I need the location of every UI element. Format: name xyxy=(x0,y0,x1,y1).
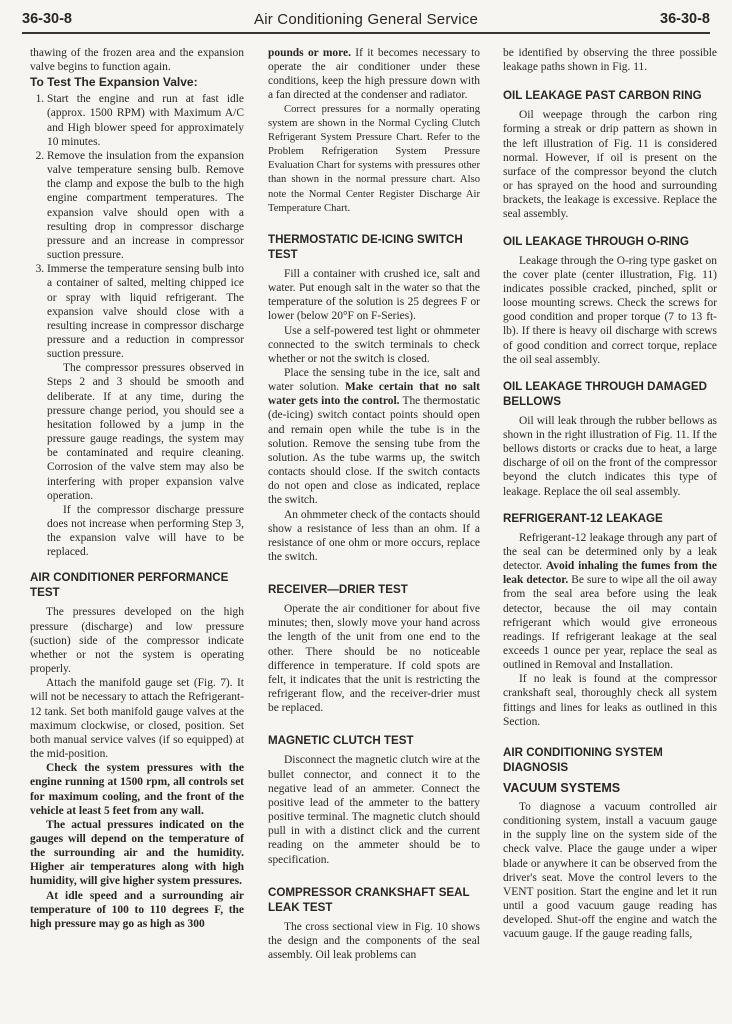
section-heading: OIL LEAKAGE PAST CARBON RING xyxy=(503,88,717,103)
column-3: be identified by observing the three pos… xyxy=(503,46,717,942)
paragraph: Oil will leak through the rubber bellows… xyxy=(503,414,717,499)
paragraph: An ohmmeter check of the contacts should… xyxy=(268,508,480,565)
text: Be sure to wipe all the oil away from th… xyxy=(503,574,717,671)
step-list: Start the engine and run at fast idle (a… xyxy=(30,92,244,361)
paragraph: The cross sectional view in Fig. 10 show… xyxy=(268,920,480,962)
paragraph: To diagnose a vacuum controlled air cond… xyxy=(503,800,717,942)
paragraph: The pressures developed on the high pres… xyxy=(30,605,244,676)
paragraph: The compressor pressures observed in Ste… xyxy=(30,361,244,503)
paragraph: Disconnect the magnetic clutch wire at t… xyxy=(268,753,480,866)
paragraph: Operate the air conditioner for about fi… xyxy=(268,602,480,715)
paragraph: Fill a container with crushed ice, salt … xyxy=(268,267,480,324)
page-number-left: 36-30-8 xyxy=(22,11,72,27)
bold-text: pounds or more. xyxy=(268,47,351,59)
bold-text: Check the system pressures with the engi… xyxy=(30,762,244,816)
page-number-right: 36-30-8 xyxy=(660,11,710,27)
section-heading: AIR CONDITIONING SYSTEM DIAGNOSIS xyxy=(503,745,717,775)
column-1: thawing of the frozen area and the expan… xyxy=(30,46,244,931)
paragraph: Check the system pressures with the engi… xyxy=(30,761,244,818)
section-heading: RECEIVER—DRIER TEST xyxy=(268,582,480,597)
page-header: 36-30-8 Air Conditioning General Service… xyxy=(22,6,710,34)
section-heading: COMPRESSOR CRANKSHAFT SEAL LEAK TEST xyxy=(268,885,480,915)
step-item: Remove the insulation from the expansion… xyxy=(47,149,244,262)
section-heading: OIL LEAKAGE THROUGH O-RING xyxy=(503,234,717,249)
subsection-heading: VACUUM SYSTEMS xyxy=(503,781,717,796)
step-item: Immerse the temperature sensing bulb int… xyxy=(47,262,244,361)
paragraph: The actual pressures indicated on the ga… xyxy=(30,818,244,889)
paragraph: Place the sensing tube in the ice, salt … xyxy=(268,366,480,508)
paragraph: If no leak is found at the compressor cr… xyxy=(503,672,717,729)
section-heading: REFRIGERANT-12 LEAKAGE xyxy=(503,511,717,526)
section-heading: THERMOSTATIC DE-ICING SWITCH TEST xyxy=(268,232,480,262)
paragraph: If the compressor discharge pressure doe… xyxy=(30,503,244,560)
step-item: Start the engine and run at fast idle (a… xyxy=(47,92,244,149)
column-2: pounds or more. If it becomes necessary … xyxy=(268,46,480,962)
paragraph: Attach the manifold gauge set (Fig. 7). … xyxy=(30,676,244,761)
section-heading: MAGNETIC CLUTCH TEST xyxy=(268,733,480,748)
paragraph: be identified by observing the three pos… xyxy=(503,46,717,74)
bold-text: At idle speed and a surrounding air temp… xyxy=(30,890,244,930)
section-heading: To Test The Expansion Valve: xyxy=(30,75,244,90)
text: The thermostatic (de-icing) switch conta… xyxy=(268,395,480,506)
paragraph: Oil weepage through the carbon ring form… xyxy=(503,108,717,221)
paragraph: pounds or more. If it becomes necessary … xyxy=(268,46,480,103)
page-title: Air Conditioning General Service xyxy=(254,11,478,28)
section-heading: AIR CONDITIONER PERFORMANCE TEST xyxy=(30,570,244,600)
paragraph: Correct pressures for a normally operati… xyxy=(268,103,480,216)
bold-text: The actual pressures indicated on the ga… xyxy=(30,819,244,888)
paragraph: At idle speed and a surrounding air temp… xyxy=(30,889,244,931)
section-heading: OIL LEAKAGE THROUGH DAMAGED BELLOWS xyxy=(503,379,717,409)
paragraph: Use a self-powered test light or ohmmete… xyxy=(268,324,480,366)
paragraph: Refrigerant-12 leakage through any part … xyxy=(503,531,717,673)
paragraph: thawing of the frozen area and the expan… xyxy=(30,46,244,74)
paragraph: Leakage through the O-ring type gasket o… xyxy=(503,254,717,367)
